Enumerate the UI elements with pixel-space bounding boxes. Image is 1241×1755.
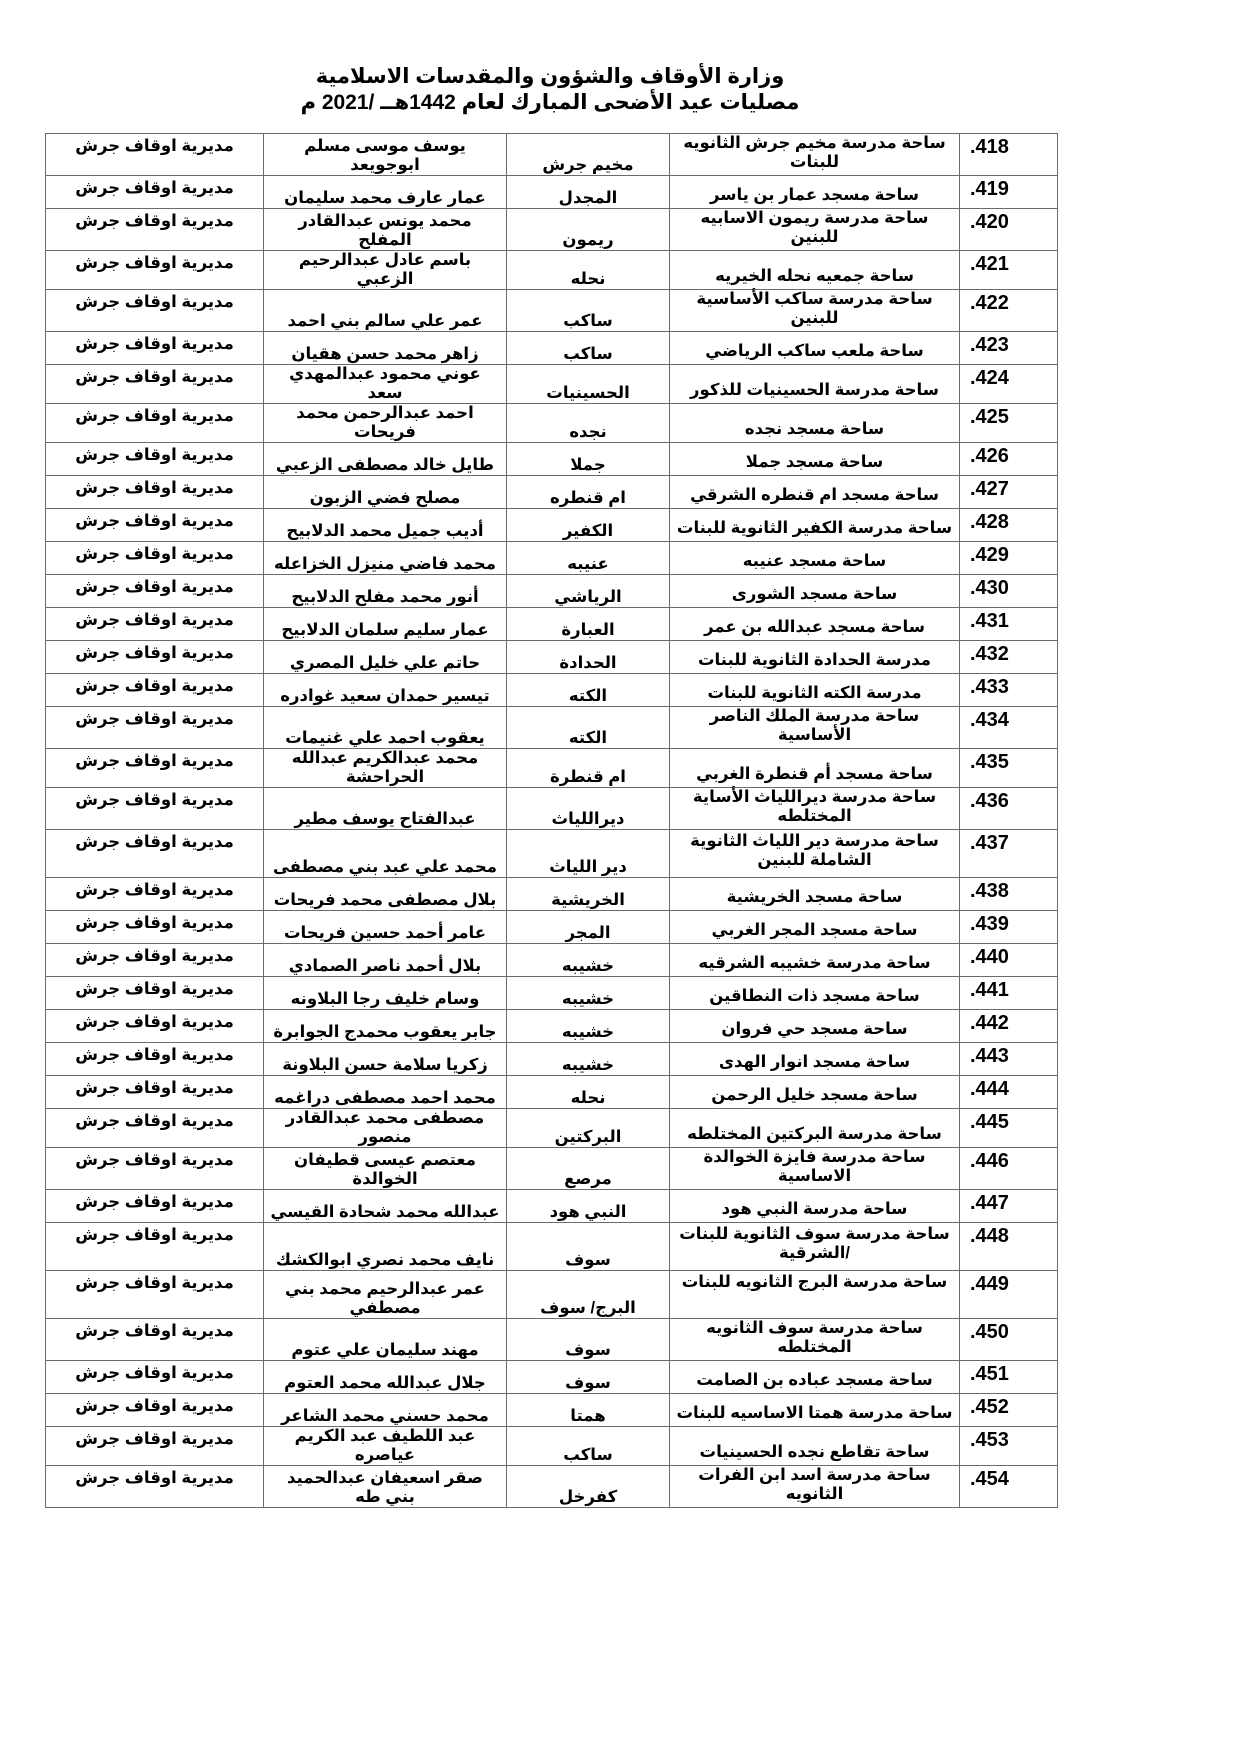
row-number-cell: .451 — [960, 1361, 1058, 1394]
imam-name-cell: محمد عبدالكريم عبدالله الحراحشة — [264, 749, 507, 788]
imam-name-cell: وسام خليف رجا البلاونه — [264, 977, 507, 1010]
directorate-cell: مديرية اوقاف جرش — [46, 944, 264, 977]
table-row: مديرية اوقاف جرشاحمد عبدالرحمن محمد فريح… — [46, 404, 1058, 443]
row-number-cell: .441 — [960, 977, 1058, 1010]
directorate-cell: مديرية اوقاف جرش — [46, 251, 264, 290]
area-cell: الحسينيات — [507, 365, 670, 404]
imam-name-cell: بلال أحمد ناصر الصمادي — [264, 944, 507, 977]
table-row: مديرية اوقاف جرشصقر اسعيفان عبدالحميد بن… — [46, 1466, 1058, 1508]
location-cell: ساحة مدرسة ديراللياث الأساية المختلطه — [670, 788, 960, 830]
directorate-cell: مديرية اوقاف جرش — [46, 641, 264, 674]
row-number-cell: .436 — [960, 788, 1058, 830]
directorate-cell: مديرية اوقاف جرش — [46, 977, 264, 1010]
location-cell: ساحة مدرسة سوف الثانوية للبنات /الشرقية — [670, 1223, 960, 1271]
imam-name-cell: عبد اللطيف عبد الكريم عياصره — [264, 1427, 507, 1466]
table-row: مديرية اوقاف جرشأنور محمد مفلح الدلابيحا… — [46, 575, 1058, 608]
directorate-cell: مديرية اوقاف جرش — [46, 1190, 264, 1223]
location-cell: ساحة مدرسة الحسينيات للذكور — [670, 365, 960, 404]
directorate-cell: مديرية اوقاف جرش — [46, 608, 264, 641]
location-cell: ساحة مسجد ذات النطاقين — [670, 977, 960, 1010]
location-cell: ساحة مسجد نجده — [670, 404, 960, 443]
area-cell: كفرخل — [507, 1466, 670, 1508]
table-row: مديرية اوقاف جرشمهند سليمان علي عتومسوفس… — [46, 1319, 1058, 1361]
location-cell: ساحة مسجد عمار بن ياسر — [670, 176, 960, 209]
row-number-cell: .445 — [960, 1109, 1058, 1148]
table-row: مديرية اوقاف جرشمعتصم عيسى قطيفان الخوال… — [46, 1148, 1058, 1190]
table-row: مديرية اوقاف جرشعمار سليم سلمان الدلابيح… — [46, 608, 1058, 641]
table-row: مديرية اوقاف جرشتيسير حمدان سعيد غوادرها… — [46, 674, 1058, 707]
location-cell: ساحة مسجد جملا — [670, 443, 960, 476]
directorate-cell: مديرية اوقاف جرش — [46, 707, 264, 749]
table-row: مديرية اوقاف جرشمحمد احمد مصطفى دراغمهنح… — [46, 1076, 1058, 1109]
directorate-cell: مديرية اوقاف جرش — [46, 878, 264, 911]
row-number-cell: .446 — [960, 1148, 1058, 1190]
imam-name-cell: تيسير حمدان سعيد غوادره — [264, 674, 507, 707]
directorate-cell: مديرية اوقاف جرش — [46, 830, 264, 878]
location-cell: ساحة مدرسة النبي هود — [670, 1190, 960, 1223]
imam-name-cell: مصلح فضي الزبون — [264, 476, 507, 509]
location-cell: ساحة مسجد الشورى — [670, 575, 960, 608]
location-cell: ساحة مدرسة سوف الثانويه المختلطه — [670, 1319, 960, 1361]
area-cell: البرج/ سوف — [507, 1271, 670, 1319]
row-number-cell: .448 — [960, 1223, 1058, 1271]
location-cell: ساحة مسجد انوار الهدى — [670, 1043, 960, 1076]
directorate-cell: مديرية اوقاف جرش — [46, 1043, 264, 1076]
ministry-title: وزارة الأوقاف والشؤون والمقدسات الاسلامي… — [0, 64, 1100, 90]
table-row: مديرية اوقاف جرشطايل خالد مصطفى الزعبيجم… — [46, 443, 1058, 476]
row-number-cell: .420 — [960, 209, 1058, 251]
directorate-cell: مديرية اوقاف جرش — [46, 788, 264, 830]
location-cell: ساحة مدرسة البرج الثانويه للبنات — [670, 1271, 960, 1319]
area-cell: الكته — [507, 674, 670, 707]
directorate-cell: مديرية اوقاف جرش — [46, 1394, 264, 1427]
area-cell: الخريشية — [507, 878, 670, 911]
table-row: مديرية اوقاف جرشعبدالله محمد شحادة القيس… — [46, 1190, 1058, 1223]
row-number-cell: .430 — [960, 575, 1058, 608]
imam-name-cell: عبدالله محمد شحادة القيسي — [264, 1190, 507, 1223]
imam-name-cell: مصطفى محمد عبدالقادر منصور — [264, 1109, 507, 1148]
table-row: مديرية اوقاف جرشباسم عادل عبدالرحيم الزع… — [46, 251, 1058, 290]
table-row: مديرية اوقاف جرشمحمد حسني محمد الشاعرهمت… — [46, 1394, 1058, 1427]
row-number-cell: .434 — [960, 707, 1058, 749]
row-number-cell: .426 — [960, 443, 1058, 476]
table-row: مديرية اوقاف جرشمحمد يونس عبدالقادر المف… — [46, 209, 1058, 251]
directorate-cell: مديرية اوقاف جرش — [46, 1427, 264, 1466]
location-cell: ساحة مسجد خليل الرحمن — [670, 1076, 960, 1109]
imam-name-cell: مهند سليمان علي عتوم — [264, 1319, 507, 1361]
area-cell: خشيبه — [507, 1043, 670, 1076]
directorate-cell: مديرية اوقاف جرش — [46, 674, 264, 707]
imam-name-cell: عوني محمود عبدالمهدي سعد — [264, 365, 507, 404]
row-number-cell: .433 — [960, 674, 1058, 707]
area-cell: خشيبه — [507, 1010, 670, 1043]
table-row: مديرية اوقاف جرشمحمد عبدالكريم عبدالله ا… — [46, 749, 1058, 788]
directorate-cell: مديرية اوقاف جرش — [46, 290, 264, 332]
area-cell: ساكب — [507, 290, 670, 332]
location-cell: ساحة مسجد حي فروان — [670, 1010, 960, 1043]
table-row: مديرية اوقاف جرشعوني محمود عبدالمهدي سعد… — [46, 365, 1058, 404]
imam-name-cell: عمار عارف محمد سليمان — [264, 176, 507, 209]
area-cell: ساكب — [507, 332, 670, 365]
area-cell: الكفير — [507, 509, 670, 542]
row-number-cell: .421 — [960, 251, 1058, 290]
document-header: وزارة الأوقاف والشؤون والمقدسات الاسلامي… — [0, 64, 1100, 116]
directorate-cell: مديرية اوقاف جرش — [46, 365, 264, 404]
area-cell: سوف — [507, 1223, 670, 1271]
row-number-cell: .419 — [960, 176, 1058, 209]
area-cell: النبي هود — [507, 1190, 670, 1223]
directorate-cell: مديرية اوقاف جرش — [46, 1010, 264, 1043]
prayer-grounds-table: مديرية اوقاف جرشيوسف موسى مسلم ابوجويعدم… — [45, 133, 1058, 1508]
area-cell: نحله — [507, 1076, 670, 1109]
area-cell: المجدل — [507, 176, 670, 209]
row-number-cell: .449 — [960, 1271, 1058, 1319]
row-number-cell: .432 — [960, 641, 1058, 674]
area-cell: جملا — [507, 443, 670, 476]
table-row: مديرية اوقاف جرشعمر عبدالرحيم محمد بني م… — [46, 1271, 1058, 1319]
directorate-cell: مديرية اوقاف جرش — [46, 1319, 264, 1361]
location-cell: ساحة مسجد ام قنطره الشرقي — [670, 476, 960, 509]
row-number-cell: .431 — [960, 608, 1058, 641]
imam-name-cell: طايل خالد مصطفى الزعبي — [264, 443, 507, 476]
table-row: مديرية اوقاف جرشزكريا سلامة حسن البلاونة… — [46, 1043, 1058, 1076]
location-cell: ساحة مدرسة اسد ابن الفرات الثانويه — [670, 1466, 960, 1508]
imam-name-cell: عامر أحمد حسين فريحات — [264, 911, 507, 944]
area-cell: ام قنطرة — [507, 749, 670, 788]
table-row: مديرية اوقاف جرشجلال عبدالله محمد العتوم… — [46, 1361, 1058, 1394]
location-cell: ساحة مسجد عباده بن الصامت — [670, 1361, 960, 1394]
table-row: مديرية اوقاف جرشمصطفى محمد عبدالقادر منص… — [46, 1109, 1058, 1148]
row-number-cell: .443 — [960, 1043, 1058, 1076]
directorate-cell: مديرية اوقاف جرش — [46, 332, 264, 365]
document-subtitle: مصليات عيد الأضحى المبارك لعام 1442هــ /… — [0, 90, 1100, 116]
imam-name-cell: زكريا سلامة حسن البلاونة — [264, 1043, 507, 1076]
directorate-cell: مديرية اوقاف جرش — [46, 176, 264, 209]
area-cell: نجده — [507, 404, 670, 443]
imam-name-cell: معتصم عيسى قطيفان الخوالدة — [264, 1148, 507, 1190]
table-row: مديرية اوقاف جرشوسام خليف رجا البلاونهخش… — [46, 977, 1058, 1010]
directorate-cell: مديرية اوقاف جرش — [46, 575, 264, 608]
row-number-cell: .425 — [960, 404, 1058, 443]
area-cell: البركتين — [507, 1109, 670, 1148]
table-row: مديرية اوقاف جرشمحمد علي عبد بني مصطفىدي… — [46, 830, 1058, 878]
location-cell: ساحة مدرسة مخيم جرش الثانويه للبنات — [670, 134, 960, 176]
location-cell: ساحة مدرسة ريمون الاسابيه للبنين — [670, 209, 960, 251]
row-number-cell: .452 — [960, 1394, 1058, 1427]
table-row: مديرية اوقاف جرشنايف محمد نصري ابوالكشكس… — [46, 1223, 1058, 1271]
location-cell: ساحة جمعيه نحله الخيريه — [670, 251, 960, 290]
imam-name-cell: محمد احمد مصطفى دراغمه — [264, 1076, 507, 1109]
directorate-cell: مديرية اوقاف جرش — [46, 1361, 264, 1394]
row-number-cell: .454 — [960, 1466, 1058, 1508]
area-cell: ام قنطره — [507, 476, 670, 509]
area-cell: خشيبه — [507, 977, 670, 1010]
location-cell: ساحة مسجد المجر الغربي — [670, 911, 960, 944]
location-cell: ساحة تقاطع نجده الحسينيات — [670, 1427, 960, 1466]
row-number-cell: .447 — [960, 1190, 1058, 1223]
area-cell: دير اللياث — [507, 830, 670, 878]
imam-name-cell: أنور محمد مفلح الدلابيح — [264, 575, 507, 608]
row-number-cell: .453 — [960, 1427, 1058, 1466]
location-cell: ساحة مسجد عنيبه — [670, 542, 960, 575]
location-cell: ساحة مدرسة خشيبه الشرقيه — [670, 944, 960, 977]
imam-name-cell: جلال عبدالله محمد العتوم — [264, 1361, 507, 1394]
row-number-cell: .437 — [960, 830, 1058, 878]
row-number-cell: .444 — [960, 1076, 1058, 1109]
directorate-cell: مديرية اوقاف جرش — [46, 911, 264, 944]
imam-name-cell: بلال مصطفى محمد فريحات — [264, 878, 507, 911]
area-cell: الكته — [507, 707, 670, 749]
area-cell: همتا — [507, 1394, 670, 1427]
table-row: مديرية اوقاف جرشعمر علي سالم بني احمدساك… — [46, 290, 1058, 332]
imam-name-cell: أديب جميل محمد الدلابيح — [264, 509, 507, 542]
row-number-cell: .423 — [960, 332, 1058, 365]
location-cell: ساحة مدرسة دير اللياث الثانوية الشاملة ل… — [670, 830, 960, 878]
table-row: مديرية اوقاف جرشحاتم علي خليل المصريالحد… — [46, 641, 1058, 674]
table-row: مديرية اوقاف جرشبلال أحمد ناصر الصماديخش… — [46, 944, 1058, 977]
table-row: مديرية اوقاف جرشعامر أحمد حسين فريحاتالم… — [46, 911, 1058, 944]
location-cell: ساحة مدرسة فايزة الخوالدة الاساسية — [670, 1148, 960, 1190]
table-row: مديرية اوقاف جرشأديب جميل محمد الدلابيحا… — [46, 509, 1058, 542]
imam-name-cell: حاتم علي خليل المصري — [264, 641, 507, 674]
location-cell: ساحة مسجد الخريشية — [670, 878, 960, 911]
imam-name-cell: عمر عبدالرحيم محمد بني مصطفي — [264, 1271, 507, 1319]
imam-name-cell: باسم عادل عبدالرحيم الزعبي — [264, 251, 507, 290]
row-number-cell: .435 — [960, 749, 1058, 788]
directorate-cell: مديرية اوقاف جرش — [46, 1223, 264, 1271]
directorate-cell: مديرية اوقاف جرش — [46, 749, 264, 788]
imam-name-cell: يوسف موسى مسلم ابوجويعد — [264, 134, 507, 176]
directorate-cell: مديرية اوقاف جرش — [46, 476, 264, 509]
row-number-cell: .429 — [960, 542, 1058, 575]
table-row: مديرية اوقاف جرشمصلح فضي الزبونام قنطرهس… — [46, 476, 1058, 509]
area-cell: سوف — [507, 1361, 670, 1394]
imam-name-cell: يعقوب احمد علي غنيمات — [264, 707, 507, 749]
directorate-cell: مديرية اوقاف جرش — [46, 1271, 264, 1319]
location-cell: ساحة مسجد أم قنطرة الغربي — [670, 749, 960, 788]
area-cell: خشيبه — [507, 944, 670, 977]
location-cell: ساحة مدرسة البركتين المختلطه — [670, 1109, 960, 1148]
table-row: مديرية اوقاف جرشجابر يعقوب محمدج الجوابر… — [46, 1010, 1058, 1043]
imam-name-cell: عبدالفتاح يوسف مطير — [264, 788, 507, 830]
location-cell: ساحة مدرسة الملك الناصر الأساسية — [670, 707, 960, 749]
location-cell: ساحة مدرسة ساكب الأساسية للبنين — [670, 290, 960, 332]
imam-name-cell: محمد علي عبد بني مصطفى — [264, 830, 507, 878]
row-number-cell: .450 — [960, 1319, 1058, 1361]
area-cell: المجر — [507, 911, 670, 944]
imam-name-cell: جابر يعقوب محمدج الجوابرة — [264, 1010, 507, 1043]
directorate-cell: مديرية اوقاف جرش — [46, 509, 264, 542]
location-cell: مدرسة الكته الثانوية للبنات — [670, 674, 960, 707]
table-row: مديرية اوقاف جرشمحمد فاضي منيزل الخزاعله… — [46, 542, 1058, 575]
location-cell: ساحة ملعب ساكب الرياضي — [670, 332, 960, 365]
directorate-cell: مديرية اوقاف جرش — [46, 1076, 264, 1109]
imam-name-cell: زاهر محمد حسن هقيان — [264, 332, 507, 365]
row-number-cell: .422 — [960, 290, 1058, 332]
area-cell: ساكب — [507, 1427, 670, 1466]
imam-name-cell: نايف محمد نصري ابوالكشك — [264, 1223, 507, 1271]
directorate-cell: مديرية اوقاف جرش — [46, 404, 264, 443]
row-number-cell: .439 — [960, 911, 1058, 944]
row-number-cell: .438 — [960, 878, 1058, 911]
area-cell: العبارة — [507, 608, 670, 641]
row-number-cell: .440 — [960, 944, 1058, 977]
imam-name-cell: محمد فاضي منيزل الخزاعله — [264, 542, 507, 575]
imam-name-cell: صقر اسعيفان عبدالحميد بني طه — [264, 1466, 507, 1508]
location-cell: مدرسة الحدادة الثانوية للبنات — [670, 641, 960, 674]
table-row: مديرية اوقاف جرشعبد اللطيف عبد الكريم عي… — [46, 1427, 1058, 1466]
table-row: مديرية اوقاف جرشعمار عارف محمد سليمانالم… — [46, 176, 1058, 209]
imam-name-cell: عمر علي سالم بني احمد — [264, 290, 507, 332]
row-number-cell: .418 — [960, 134, 1058, 176]
area-cell: مخيم جرش — [507, 134, 670, 176]
area-cell: سوف — [507, 1319, 670, 1361]
directorate-cell: مديرية اوقاف جرش — [46, 134, 264, 176]
directorate-cell: مديرية اوقاف جرش — [46, 1109, 264, 1148]
imam-name-cell: احمد عبدالرحمن محمد فريحات — [264, 404, 507, 443]
directorate-cell: مديرية اوقاف جرش — [46, 542, 264, 575]
table-row: مديرية اوقاف جرشبلال مصطفى محمد فريحاتال… — [46, 878, 1058, 911]
row-number-cell: .428 — [960, 509, 1058, 542]
directorate-cell: مديرية اوقاف جرش — [46, 209, 264, 251]
directorate-cell: مديرية اوقاف جرش — [46, 443, 264, 476]
area-cell: عنيبه — [507, 542, 670, 575]
area-cell: الرياشي — [507, 575, 670, 608]
location-cell: ساحة مدرسة همتا الاساسيه للبنات — [670, 1394, 960, 1427]
location-cell: ساحة مدرسة الكفير الثانوية للبنات — [670, 509, 960, 542]
imam-name-cell: محمد حسني محمد الشاعر — [264, 1394, 507, 1427]
location-cell: ساحة مسجد عبدالله بن عمر — [670, 608, 960, 641]
row-number-cell: .442 — [960, 1010, 1058, 1043]
table-row: مديرية اوقاف جرشعبدالفتاح يوسف مطيرديرال… — [46, 788, 1058, 830]
area-cell: الحدادة — [507, 641, 670, 674]
area-cell: ريمون — [507, 209, 670, 251]
table-body: مديرية اوقاف جرشيوسف موسى مسلم ابوجويعدم… — [46, 134, 1058, 1508]
table-row: مديرية اوقاف جرشيعقوب احمد علي غنيماتالك… — [46, 707, 1058, 749]
imam-name-cell: محمد يونس عبدالقادر المفلح — [264, 209, 507, 251]
imam-name-cell: عمار سليم سلمان الدلابيح — [264, 608, 507, 641]
row-number-cell: .424 — [960, 365, 1058, 404]
area-cell: نحله — [507, 251, 670, 290]
area-cell: ديراللياث — [507, 788, 670, 830]
row-number-cell: .427 — [960, 476, 1058, 509]
directorate-cell: مديرية اوقاف جرش — [46, 1148, 264, 1190]
area-cell: مرصع — [507, 1148, 670, 1190]
table-row: مديرية اوقاف جرشيوسف موسى مسلم ابوجويعدم… — [46, 134, 1058, 176]
table-row: مديرية اوقاف جرشزاهر محمد حسن هقيانساكبس… — [46, 332, 1058, 365]
directorate-cell: مديرية اوقاف جرش — [46, 1466, 264, 1508]
